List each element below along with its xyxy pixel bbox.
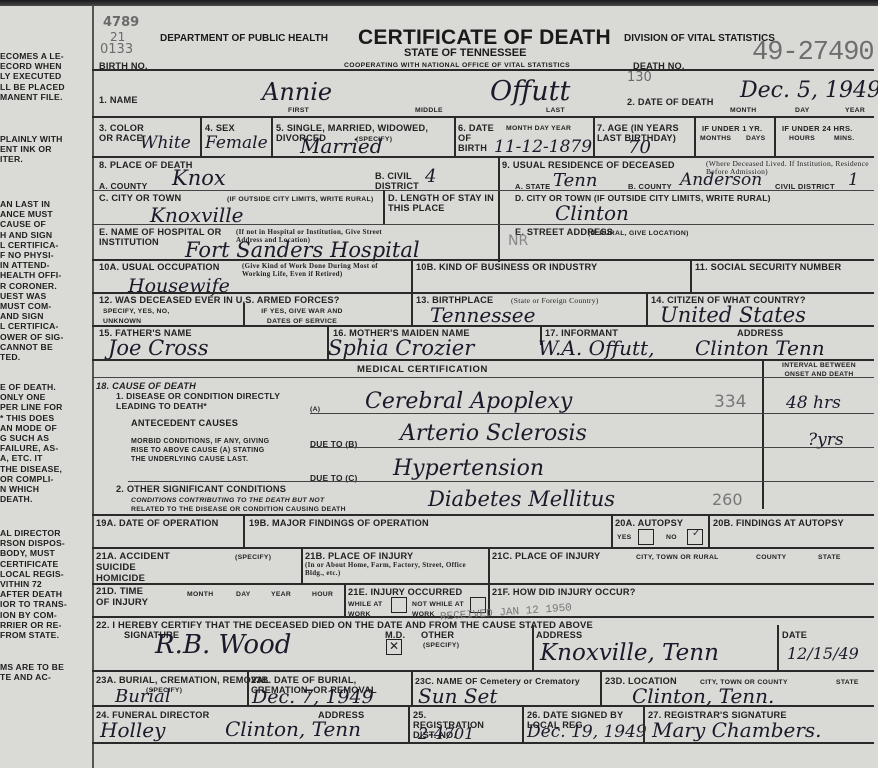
- divider: [243, 514, 245, 547]
- injury-day-label: DAY: [236, 590, 251, 600]
- divider: [92, 116, 874, 118]
- last-sublabel: LAST: [546, 106, 565, 116]
- city-label: C. CITY OR TOWN: [99, 193, 181, 203]
- res-state-value[interactable]: Tenn: [553, 170, 597, 191]
- industry-label: 10B. KIND OF BUSINESS OR INDUSTRY: [416, 262, 597, 272]
- divider: [92, 670, 874, 672]
- divider: [694, 116, 696, 156]
- city-note: (IF OUTSIDE CITY LIMITS, WRITE RURAL): [227, 195, 374, 205]
- divider: [690, 259, 692, 293]
- stub-text-4: E OF DEATH. ONLY ONE PER LINE FOR * THIS…: [0, 382, 84, 504]
- dob-value[interactable]: 11-12-1879: [494, 137, 592, 157]
- cause-a-interval[interactable]: 48 hrs: [786, 393, 841, 413]
- registrar-signature-value[interactable]: Mary Chambers.: [652, 718, 822, 742]
- autopsy-no-label: NO: [666, 533, 677, 543]
- burial-type-label: 23A. BURIAL, CREMATION, REMOVAL: [96, 675, 269, 685]
- county-value[interactable]: Knox: [172, 166, 226, 190]
- divider: [92, 259, 874, 261]
- divider: [762, 359, 764, 509]
- sex-value[interactable]: Female: [205, 133, 268, 153]
- divider: [532, 625, 534, 671]
- informant-address-value[interactable]: Clinton Tenn: [695, 336, 825, 360]
- first-name-value[interactable]: Annie: [262, 78, 332, 106]
- cause-of-death-label: 18. CAUSE OF DEATH: [96, 381, 196, 391]
- physician-signature[interactable]: R.B. Wood: [155, 630, 291, 660]
- certification-date-value[interactable]: 12/15/49: [787, 644, 859, 663]
- injury-year-label: YEAR: [271, 590, 291, 600]
- res-county-value[interactable]: Anderson: [680, 170, 762, 190]
- divider: [600, 670, 602, 705]
- autopsy-no-checkbox[interactable]: ✓: [687, 529, 703, 545]
- divider: [408, 705, 410, 743]
- sex-label: 4. SEX: [205, 123, 235, 133]
- divider: [92, 705, 874, 707]
- injury-month-label: MONTH: [187, 590, 213, 600]
- divider: [488, 547, 490, 583]
- days-label: DAYS: [746, 134, 765, 144]
- antecedent-label: ANTECEDENT CAUSES: [131, 418, 238, 428]
- operation-findings-label: 19B. MAJOR FINDINGS OF OPERATION: [249, 518, 429, 528]
- instructions-stub: ECOMES A LE- ECORD WHEN LY EXECUTED LL B…: [0, 6, 94, 768]
- age-value[interactable]: 70: [628, 137, 651, 158]
- injury-type-label: 21A. ACCIDENT SUICIDE HOMICIDE: [96, 551, 176, 584]
- divider: [301, 547, 303, 583]
- death-no-pencil: 130: [627, 70, 652, 85]
- file-number-1: 4789: [103, 15, 139, 30]
- divider: [243, 303, 245, 325]
- res-street-note: (IF RURAL, GIVE LOCATION): [588, 229, 689, 239]
- res-civil-value[interactable]: 1: [848, 170, 859, 190]
- occupation-label: 10A. USUAL OCCUPATION: [99, 262, 220, 272]
- divider: [643, 705, 645, 743]
- injury-city-label: CITY, TOWN OR RURAL: [636, 553, 719, 563]
- divider: [522, 705, 524, 743]
- time-of-injury-label: 21D. TIME OF INJURY: [96, 587, 156, 608]
- divider: [92, 292, 874, 294]
- cause-b-value[interactable]: Arterio Sclerosis: [400, 421, 587, 446]
- injury-hour-label: HOUR: [312, 590, 333, 600]
- divider: [271, 116, 273, 156]
- res-street-value[interactable]: NR: [508, 233, 528, 249]
- location-state-label: STATE: [836, 678, 859, 688]
- residence-label: 9. USUAL RESIDENCE OF DECEASED: [502, 160, 675, 170]
- funeral-director-address-value[interactable]: Clinton, Tenn: [225, 717, 361, 741]
- divider: [92, 325, 874, 327]
- divider: [92, 156, 874, 158]
- direct-cause-label: 1. DISEASE OR CONDITION DIRECTLY LEADING…: [116, 392, 286, 411]
- file-number-3: 0133: [100, 42, 133, 57]
- divider: [92, 190, 874, 191]
- father-value[interactable]: Joe Cross: [108, 336, 208, 360]
- divider: [411, 259, 413, 293]
- divider: [92, 224, 874, 225]
- divider: [411, 292, 413, 326]
- divider: [774, 116, 776, 156]
- injury-occurred-label: 21E. INJURY OCCURRED: [348, 587, 462, 597]
- color-race-value[interactable]: White: [140, 133, 191, 153]
- under-1yr-label: IF UNDER 1 YR.: [702, 124, 762, 134]
- other-label: OTHER: [421, 630, 454, 640]
- divider: [344, 583, 346, 616]
- last-name-value[interactable]: Offutt: [490, 76, 570, 107]
- other-conditions-value[interactable]: Diabetes Mellitus: [428, 487, 615, 511]
- death-number-stamp: 49-27490: [752, 38, 874, 68]
- injury-type-specify: (SPECIFY): [235, 553, 271, 563]
- length-of-stay-label: D. LENGTH OF STAY IN THIS PLACE: [388, 193, 494, 213]
- burial-type-value[interactable]: Burial: [115, 686, 171, 707]
- while-at-work-checkbox[interactable]: [391, 597, 407, 613]
- autopsy-yes-checkbox[interactable]: [638, 529, 654, 545]
- armed-forces-war: IF YES, GIVE WAR AND DATES OF SERVICE: [252, 307, 352, 327]
- certification-statement: 22. I HEREBY CERTIFY THAT THE DECEASED D…: [96, 620, 593, 630]
- cooperating-label: COOPERATING WITH NATIONAL OFFICE OF VITA…: [344, 62, 570, 69]
- divider: [92, 514, 874, 516]
- armed-forces-specify: SPECIFY, YES, NO, UNKNOWN: [103, 307, 193, 327]
- birthplace-value[interactable]: Tennessee: [430, 303, 535, 327]
- divider: [411, 670, 413, 705]
- under-24hrs-label: IF UNDER 24 HRS.: [782, 124, 853, 134]
- other-conditions-code: 260: [712, 490, 743, 509]
- place-of-injury-label: 21B. PLACE OF INJURY: [305, 551, 413, 561]
- autopsy-label: 20A. AUTOPSY: [615, 518, 683, 528]
- certification-date-label: DATE: [782, 630, 807, 640]
- certifier-address-label: ADDRESS: [536, 630, 582, 640]
- mins-label: MINS.: [834, 134, 854, 144]
- operation-date-label: 19A. DATE OF OPERATION: [96, 518, 219, 528]
- divider: [92, 377, 874, 378]
- state-label: STATE OF TENNESSEE: [404, 47, 526, 59]
- divider: [247, 670, 249, 705]
- stub-text-5: AL DIRECTOR RSON DISPOS- BODY, MUST CERT…: [0, 528, 84, 640]
- place-of-injury-c-label: 21C. PLACE OF INJURY: [492, 551, 600, 561]
- cause-a-code: 334: [714, 392, 746, 412]
- divider: [92, 742, 874, 744]
- civil-district-value[interactable]: 4: [425, 166, 436, 187]
- divider: [646, 292, 648, 326]
- armed-forces-label: 12. WAS DECEASED EVER IN U.S. ARMED FORC…: [99, 295, 340, 305]
- divider: [777, 625, 779, 671]
- other-specify: (SPECIFY): [423, 641, 459, 651]
- funeral-director-value[interactable]: Holley: [100, 718, 165, 742]
- divider: [92, 69, 874, 71]
- autopsy-yes-label: YES: [617, 533, 632, 543]
- divider: [498, 156, 500, 262]
- name-label: 1. NAME: [99, 95, 138, 105]
- hours-label: HOURS: [789, 134, 815, 144]
- department-label: DEPARTMENT OF PUBLIC HEALTH: [160, 33, 328, 44]
- year-sublabel: YEAR: [845, 106, 865, 116]
- mother-value[interactable]: Sphia Crozier: [328, 336, 474, 360]
- injury-county-label: COUNTY: [756, 553, 787, 563]
- divider: [593, 116, 595, 156]
- divider: [92, 359, 874, 361]
- divider: [92, 547, 874, 549]
- injury-state-label: STATE: [818, 553, 841, 563]
- informant-value[interactable]: W.A. Offutt,: [538, 336, 654, 360]
- citizen-value[interactable]: United States: [660, 303, 806, 327]
- cause-c-value[interactable]: Hypertension: [393, 456, 544, 481]
- divider: [128, 481, 874, 482]
- res-city-label: D. CITY OR TOWN (IF OUTSIDE CITY LIMITS,…: [515, 193, 771, 203]
- other-conditions-label: 2. OTHER SIGNIFICANT CONDITIONS: [116, 484, 286, 494]
- divider: [708, 514, 710, 547]
- stub-text-1: ECOMES A LE- ECORD WHEN LY EXECUTED LL B…: [0, 51, 84, 102]
- how-injury-label: 21F. HOW DID INJURY OCCUR?: [492, 587, 636, 597]
- dob-sublabel: MONTH DAY YEAR: [506, 124, 571, 134]
- date-signed-value[interactable]: Dec. 19, 1949: [527, 722, 647, 742]
- ssn-label: 11. SOCIAL SECURITY NUMBER: [695, 262, 841, 272]
- day-sublabel: DAY: [795, 106, 810, 116]
- stub-text-2: PLAINLY WITH ENT INK OR ITER.: [0, 134, 84, 165]
- marital-value[interactable]: Married: [300, 134, 383, 158]
- res-city-value[interactable]: Clinton: [555, 201, 629, 225]
- months-label: MONTHS: [700, 134, 731, 144]
- stub-text-3: AN LAST IN ANCE MUST CAUSE OF H AND SIGN…: [0, 199, 84, 362]
- md-checkbox[interactable]: ✕: [386, 639, 402, 655]
- stub-text-6: MS ARE TO BE TE AND AC-: [0, 662, 84, 682]
- divider: [310, 413, 874, 414]
- occupation-note: (Give Kind of Work Done During Most of W…: [242, 262, 404, 278]
- certifier-address-value[interactable]: Knoxville, Tenn: [540, 640, 719, 666]
- medical-certification-title: MEDICAL CERTIFICATION: [357, 365, 488, 375]
- registration-dist-value[interactable]: 2-4701: [418, 724, 474, 743]
- divider: [92, 583, 874, 585]
- date-of-death-label: 2. DATE OF DEATH: [627, 97, 714, 107]
- place-of-injury-note: (In or About Home, Farm, Factory, Street…: [305, 561, 485, 577]
- date-of-death-value[interactable]: Dec. 5, 1949: [740, 78, 878, 103]
- divider: [611, 514, 613, 547]
- divider: [454, 116, 456, 156]
- divider: [310, 447, 874, 448]
- first-sublabel: FIRST: [288, 106, 309, 116]
- month-sublabel: MONTH: [730, 106, 756, 116]
- cause-a-value[interactable]: Cerebral Apoplexy: [365, 389, 572, 414]
- autopsy-findings-label: 20B. FINDINGS AT AUTOPSY: [713, 518, 844, 528]
- civil-district-label: B. CIVIL DISTRICT: [375, 171, 425, 191]
- divider: [200, 116, 202, 156]
- morbid-label: MORBID CONDITIONS, IF ANY, GIVING RISE T…: [131, 438, 281, 464]
- middle-sublabel: MIDDLE: [415, 106, 443, 116]
- divider: [383, 190, 385, 224]
